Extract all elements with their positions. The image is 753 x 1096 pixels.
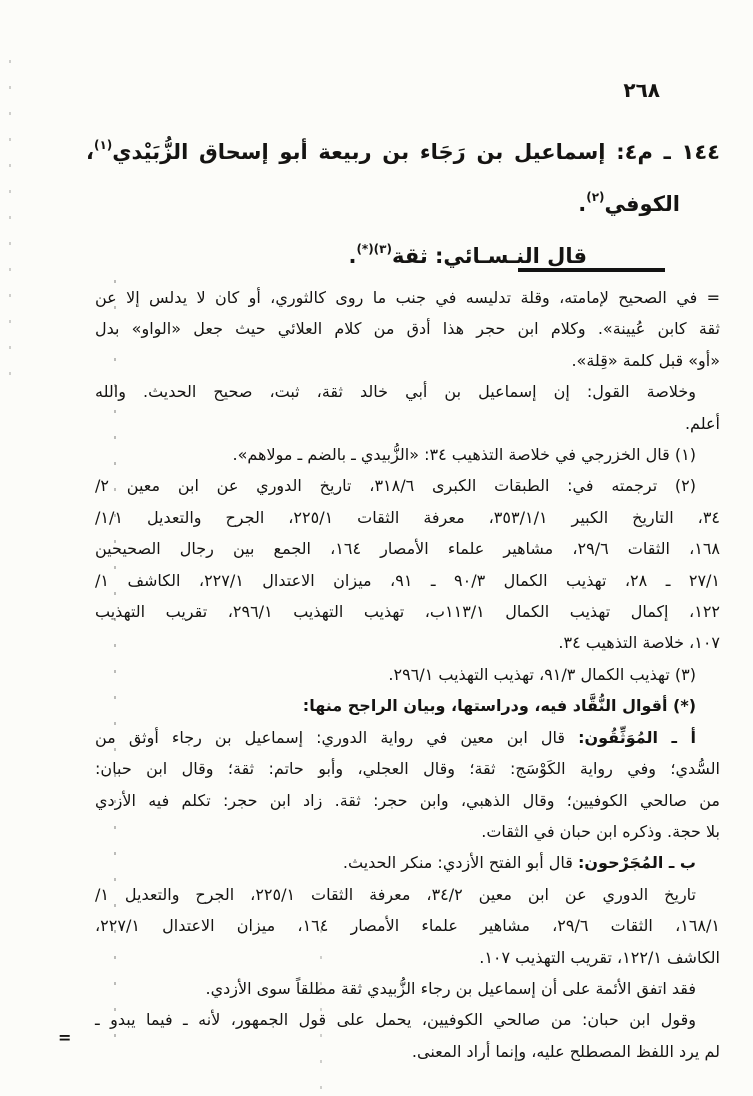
- footnote-line: «أو» قبل كلمة «قِلة».: [95, 345, 720, 376]
- footnote-line: (*) أقوال النُّقَّاد فيه، ودراستها، وبيا…: [95, 690, 720, 721]
- footnote-lead: أ ـ المُوَثِّقُون:: [578, 728, 696, 747]
- footnote-line: وقول ابن حبان: من صالحي الكوفيين، يحمل ع…: [95, 1004, 720, 1035]
- footnote-line: السُّدي؛ وفي رواية الكَوْسَج: ثقة؛ وقال …: [95, 753, 720, 784]
- entry-block: ١٤٤ ـ م٤: إسماعيل بن رَجَاء بن ربيعة أبو…: [86, 124, 720, 280]
- footnote-marker-2: (٢): [586, 190, 604, 204]
- footnote-line: = في الصحيح لإمامته، وقلة تدليسه في جنب …: [95, 282, 720, 313]
- entry-heading-tail: ،: [86, 140, 94, 164]
- footnote-line: الكاشف ١٢٢/١، تقريب التهذيب ١٠٧.: [95, 942, 720, 973]
- footnote-line: ١٠٧، خلاصة التذهيب ٣٤.: [95, 627, 720, 658]
- footnote-line: لم يرد اللفظ المصطلح عليه، وإنما أراد ال…: [95, 1036, 720, 1067]
- footnote-line: تاريخ الدوري عن ابن معين ٣٤/٢، معرفة الث…: [95, 879, 720, 910]
- footnote-line: (٣) تهذيب الكمال ٩١/٣، تهذيب التهذيب ٢٩٦…: [95, 659, 720, 690]
- footnote-line: (١) قال الخزرجي في خلاصة التذهيب ٣٤: «ال…: [95, 439, 720, 470]
- footnote-marker-1: (١): [94, 138, 112, 152]
- entry-nisba-text: الكوفي: [605, 192, 680, 216]
- footnote-line: ١٦٨، الثقات ٢٩/٦، مشاهير علماء الأمصار ١…: [95, 533, 720, 564]
- footnote-line: ٣٤، التاريخ الكبير ٣٥٣/١/١، معرفة الثقات…: [95, 502, 720, 533]
- entry-heading-text: ١٤٤ ـ م٤: إسماعيل بن رَجَاء بن ربيعة أبو…: [112, 140, 720, 164]
- footnote-lead: ب ـ المُجَرْحون:: [578, 853, 696, 872]
- entry-heading-line: ١٤٤ ـ م٤: إسماعيل بن رَجَاء بن ربيعة أبو…: [86, 124, 720, 176]
- footnote-line: أ ـ المُوَثِّقُون: قال ابن معين في رواية…: [95, 722, 720, 753]
- footnote-line: ١٦٨/١، الثقات ٢٩/٦، مشاهير علماء الأمصار…: [95, 910, 720, 941]
- scan-artifact-dotted-line: [9, 60, 11, 390]
- entry-quote-line: قال النـسـائي: ثقة(٣)(*).: [86, 228, 720, 280]
- footnote-separator-rule: [518, 268, 665, 272]
- continuation-marker: =: [58, 1028, 71, 1047]
- entry-nisba-line: الكوفي(٢).: [86, 176, 720, 228]
- page-number: ٢٦٨: [623, 78, 660, 102]
- footnote-line: ١٢٢، إكمال تهذيب الكمال ١١٣/١ب، تهذيب ال…: [95, 596, 720, 627]
- footnote-line: ثقة كابن عُيينة». وكلام ابن حجر هذا أدق …: [95, 313, 720, 344]
- footnote-line: فقد اتفق الأئمة على أن إسماعيل بن رجاء ا…: [95, 973, 720, 1004]
- footnote-lines: = في الصحيح لإمامته، وقلة تدليسه في جنب …: [95, 282, 720, 1067]
- footnote-line: وخلاصة القول: إن إسماعيل بن أبي خالد ثقة…: [95, 376, 720, 407]
- footnote-line: بلا حجة. وذكره ابن حبان في الثقات.: [95, 816, 720, 847]
- footnote-line: ٢٧/١ ـ ٢٨، تهذيب الكمال ٩٠/٣ ـ ٩١، ميزان…: [95, 565, 720, 596]
- scanned-page: ٢٦٨ ١٤٤ ـ م٤: إسماعيل بن رَجَاء بن ربيعة…: [0, 0, 753, 1096]
- footnote-line: من صالحي الكوفيين؛ وقال الذهبي، وابن حجر…: [95, 785, 720, 816]
- footnote-line: (٢) ترجمته في: الطبقات الكبرى ٣١٨/٦، تار…: [95, 470, 720, 501]
- entry-quote-text: قال النـسـائي: ثقة: [392, 244, 587, 268]
- footnote-lead: (*) أقوال النُّقَّاد فيه، ودراستها، وبيا…: [303, 696, 696, 715]
- footnote-line: ب ـ المُجَرْحون: قال أبو الفتح الأزدي: م…: [95, 847, 720, 878]
- footnote-marker-3-star: (٣)(*): [356, 242, 392, 256]
- footnote-line: أعلم.: [95, 408, 720, 439]
